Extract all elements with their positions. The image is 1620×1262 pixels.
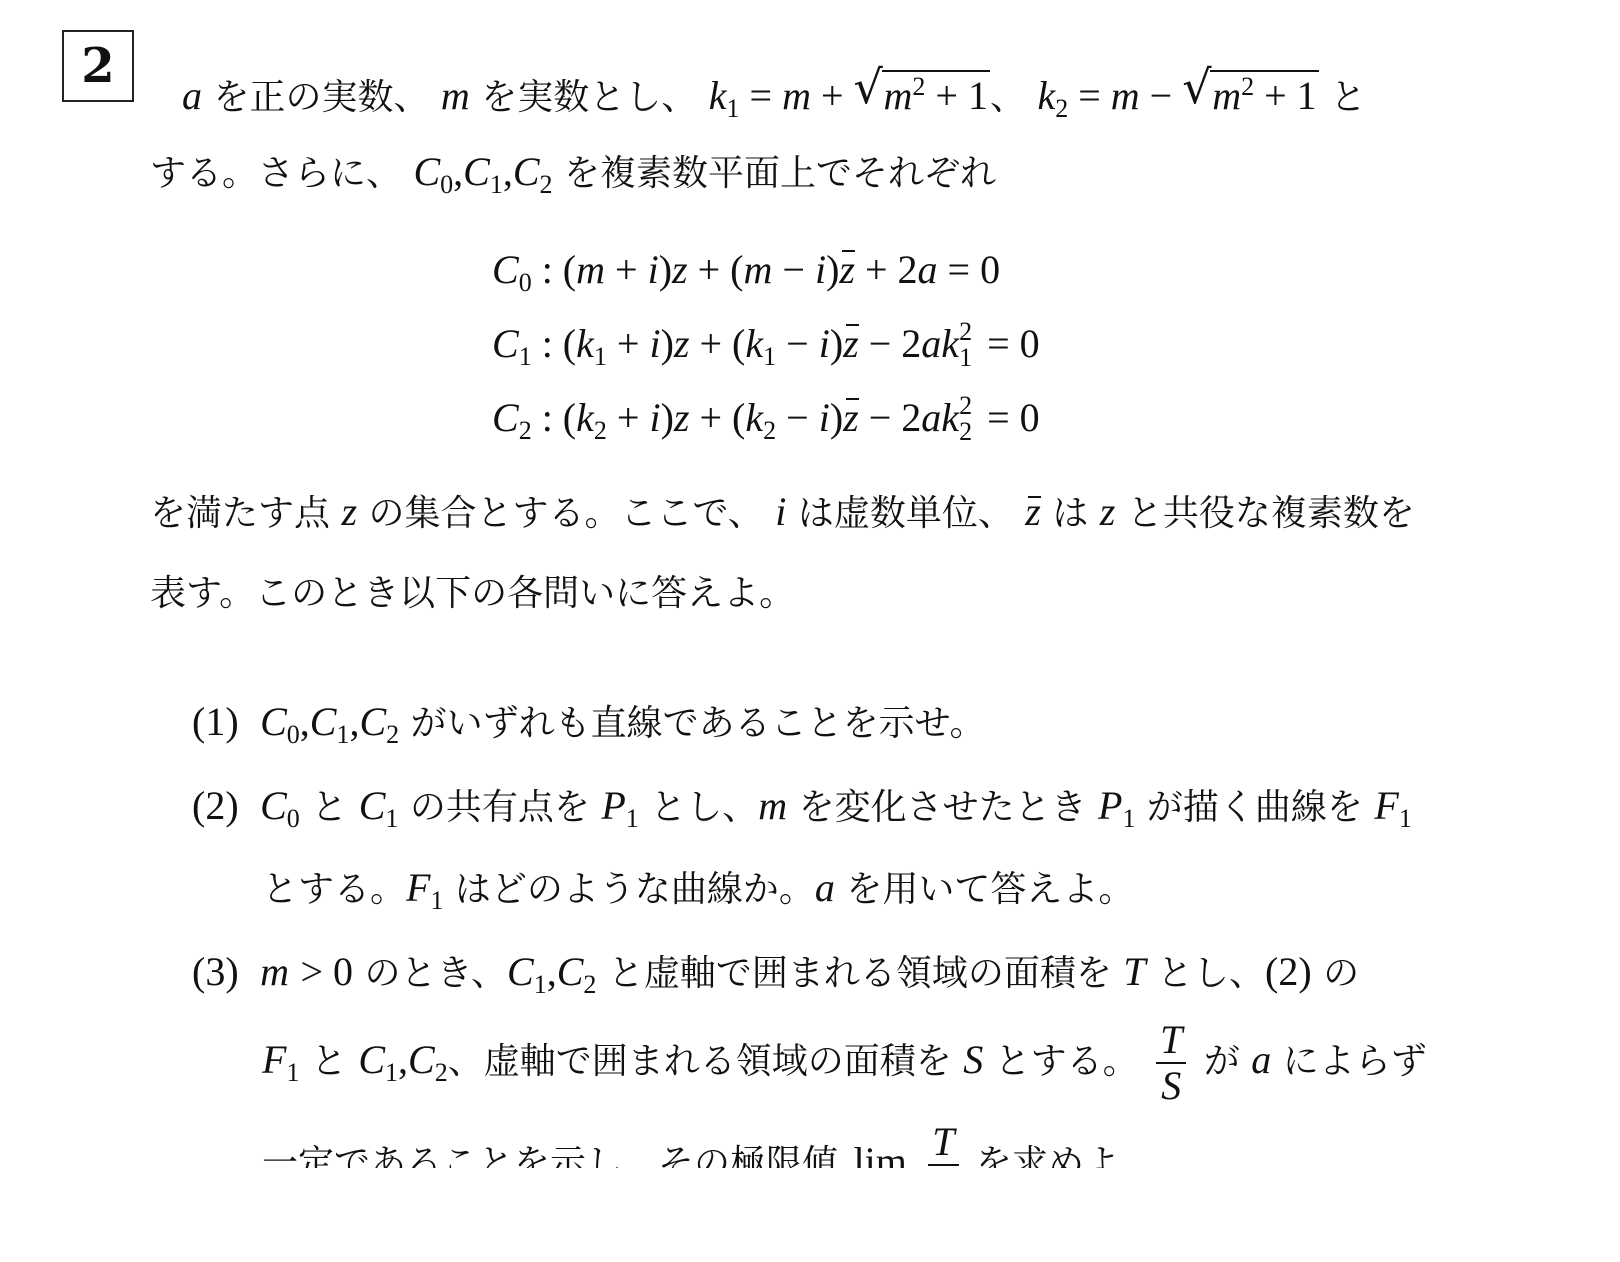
text: とし、	[650, 787, 758, 828]
intro-line-1: a を正の実数、 m を実数とし、 k1 = m + √m2 + 1、 k2 =…	[182, 70, 1366, 122]
k1-definition: k1 = m + √m2 + 1	[709, 73, 990, 118]
text: を変化させたとき	[799, 787, 1087, 828]
question-3-line-2: F1 と C1,C2、虚軸で囲まれる領域の面積を S とする。 TS が a に…	[262, 1018, 1427, 1108]
text: が	[1204, 1041, 1240, 1082]
text: が描く曲線を	[1147, 787, 1363, 828]
text: を正の実数、	[213, 77, 429, 118]
text: とする。	[262, 869, 406, 910]
var-a: a	[182, 73, 202, 118]
text: と虚軸で囲まれる領域の面積を	[608, 953, 1112, 994]
var-zbar: z	[1025, 492, 1041, 532]
text: と	[1330, 77, 1366, 118]
text: 、虚軸で囲まれる領域の面積を	[448, 1041, 952, 1082]
text: を実数とし、	[481, 77, 697, 118]
text: によらず	[1283, 1041, 1427, 1082]
text: 一定であることを示し、その極限値	[262, 1143, 838, 1168]
text: の	[1323, 953, 1359, 994]
text: を複素数平面上でそれぞれ	[564, 153, 996, 194]
k2-definition: k2 = m − √m2 + 1	[1037, 73, 1318, 118]
var-m: m	[441, 73, 470, 118]
text: の集合とする。ここで、	[369, 493, 764, 534]
var-z: z	[1100, 489, 1116, 534]
problem-number: 2	[81, 38, 114, 94]
text: 、	[990, 77, 1026, 118]
text: のとき、	[364, 953, 507, 994]
text: はどのような曲線か。	[455, 869, 815, 910]
fraction-t-over-s: TS	[1156, 1018, 1186, 1108]
curves-list: C0,C1,C2	[260, 699, 399, 744]
var-z: z	[341, 489, 357, 534]
question-1: (1) C0,C1,C2 がいずれも直線であることを示せ。	[192, 702, 986, 748]
text: する。さらに、	[150, 153, 402, 194]
equation-c0: C0 : (m + i)z + (m − i)z + 2a = 0	[492, 246, 1000, 298]
question-label: (3)	[192, 949, 239, 994]
text: を用いて答えよ。	[846, 869, 1134, 910]
question-3-line-1: (3) m > 0 のとき、C1,C2 と虚軸で囲まれる領域の面積を T とし、…	[192, 952, 1359, 998]
text: は	[1052, 493, 1088, 534]
equation-c2: C2 : (k2 + i)z + (k2 − i)z − 2ak22 = 0	[492, 394, 1040, 446]
text: を満たす点	[150, 493, 330, 534]
text: とする。	[995, 1041, 1139, 1082]
text: がいずれも直線であることを示せ。	[411, 703, 986, 744]
after-line-1: を満たす点 z の集合とする。ここで、 i は虚数単位、 z は z と共役な複…	[150, 492, 1415, 532]
text: と	[311, 787, 347, 828]
intro-line-2: する。さらに、 C0,C1,C2 を複素数平面上でそれぞれ	[150, 152, 996, 198]
fraction-t-over-s: TS	[928, 1120, 958, 1168]
text: は虚数単位、	[798, 493, 1014, 534]
text: の共有点を	[410, 787, 590, 828]
text: とし、	[1157, 953, 1265, 994]
question-3-line-3: 一定であることを示し、その極限値 limm→∞ TS を求めよ。	[262, 1120, 1156, 1168]
text: と共役な複素数を	[1127, 493, 1415, 534]
question-2-line-1: (2) C0 と C1 の共有点を P1 とし、m を変化させたとき P1 が描…	[192, 786, 1412, 832]
question-reference: (2)	[1265, 949, 1312, 994]
question-label: (2)	[192, 783, 239, 828]
problem-number-box: 2	[62, 30, 134, 102]
text: と	[311, 1041, 347, 1082]
problem-page: 2 a を正の実数、 m を実数とし、 k1 = m + √m2 + 1、 k2…	[0, 0, 1620, 1168]
text: 表す。このとき以下の各問いに答えよ。	[150, 573, 795, 614]
limit-operator: limm→∞	[853, 1142, 906, 1168]
after-line-2: 表す。このとき以下の各問いに答えよ。	[150, 576, 795, 612]
equation-c1: C1 : (k1 + i)z + (k1 − i)z − 2ak21 = 0	[492, 320, 1040, 372]
curves-list: C0,C1,C2	[413, 149, 552, 194]
text: を求めよ。	[976, 1143, 1156, 1168]
question-label: (1)	[192, 699, 239, 744]
question-2-line-2: とする。F1 はどのような曲線か。a を用いて答えよ。	[262, 868, 1134, 914]
var-i: i	[775, 489, 786, 534]
